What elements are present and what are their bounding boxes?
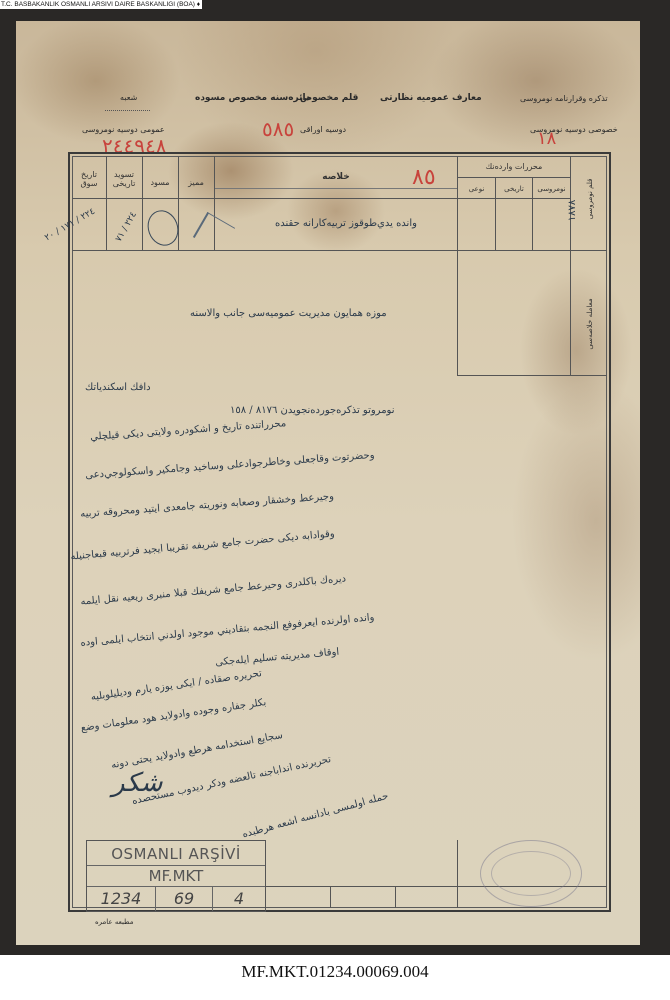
col-sep-3 (178, 156, 179, 250)
evrak-subheader-line (457, 198, 570, 199)
archive-stamp-dosya: 69 (156, 887, 213, 911)
bottom-col-sep-2 (395, 886, 396, 908)
hulasa-text: وانده يدي‌طوقوز تربيه‌كارانه حقنده (275, 218, 417, 229)
archive-watermark: T.C. BASBAKANLIK OSMANLI ARSIVI DAIRE BA… (0, 0, 202, 9)
tezkire-label: تذكره وقرارنامه نومروسى (520, 94, 608, 103)
sube-label: شعبه (120, 93, 137, 102)
table-header-bottom (72, 198, 457, 199)
ministry-label: معارف عموميه نظارتى (380, 93, 482, 103)
col-nevi: نوعى (458, 185, 495, 193)
dosya-evraki-label: دوسيه اوراقى (300, 125, 346, 134)
col-mumeyyiz: مميز (180, 178, 212, 187)
table-bottom (72, 250, 607, 251)
archive-stamp-gomlek: 1234 (87, 887, 156, 911)
side-box-bottom (457, 375, 607, 376)
signature: شكر (112, 768, 163, 798)
document-reference-caption: MF.MKT.01234.00069.004 (0, 962, 670, 982)
daire-label: دائره‌سنه مخصوص مسوده (195, 93, 310, 103)
bottom-col-sep-3 (457, 840, 458, 908)
archive-stamp-code: MF.MKT (87, 866, 265, 887)
sube-dotted-line (105, 110, 150, 112)
faded-oval-stamp (480, 840, 582, 907)
col-evrak-varide: محررات وارده‌نك (458, 162, 570, 171)
col-sep-6 (570, 156, 571, 376)
col-tarihi: تاريخى (496, 185, 532, 193)
addressee: موزه همايون مديريت عموميه‌سى جانب والاسن… (190, 308, 387, 319)
archive-stamp-title: OSMANLI ARŞİVİ (87, 843, 265, 866)
body-line-1: دافك اسكندياتك (85, 382, 151, 393)
umumi-dosya-label: عمومى دوسيه نومروسى (82, 125, 165, 134)
side-number: ١٨٧٨ (567, 200, 578, 221)
evrak-header-line (457, 177, 570, 178)
col-sep-2 (142, 156, 143, 250)
col-musevvid: مسود (144, 178, 176, 187)
hususi-dosya-number: ١٨ (537, 128, 556, 149)
archive-stamp-box: OSMANLI ARŞİVİ MF.MKT 1234 69 4 (86, 840, 266, 912)
red-reference-number: ٨٥ (412, 164, 436, 190)
dosya-evraki-number: ٥٨٥ (262, 117, 294, 142)
col-tarih-sevk: تاريخ سوق (74, 170, 104, 188)
side-label-top: قلم نومروسى (586, 169, 594, 229)
printer-label: مطبعه عامره (95, 918, 134, 926)
archive-stamp-sira: 4 (213, 887, 265, 911)
col-sep-1 (106, 156, 107, 250)
col-numarasi: نومروسى (533, 185, 570, 193)
body-line-2: نومروتو تذكره‌جورده‌نجويدن ٨١٧٦ / ١٥٨ (230, 405, 395, 416)
bottom-col-sep-1 (330, 886, 331, 908)
side-label-bottom: معامله خلاصه‌سى (586, 284, 594, 364)
archive-stamp-numbers: 1234 69 4 (87, 887, 265, 911)
col-tesvid-tarihi: تسويد تاريخى (108, 170, 140, 188)
